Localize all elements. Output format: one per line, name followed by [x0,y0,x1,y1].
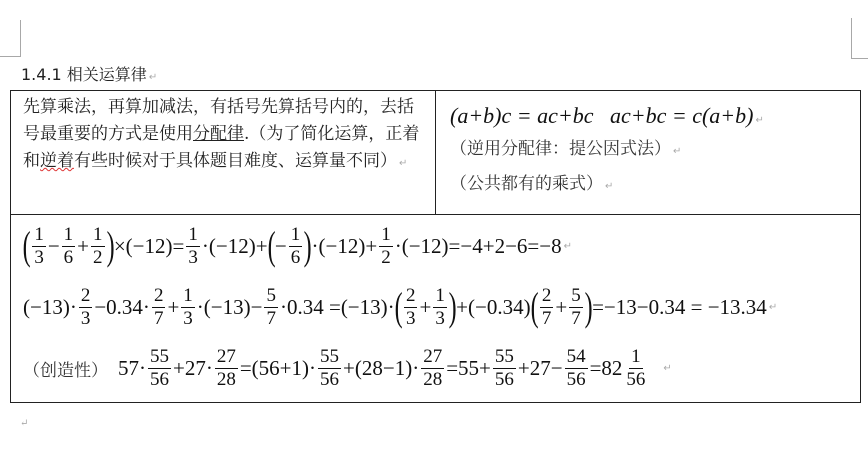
fraction: 5556 [493,346,516,391]
paragraph-mark-icon: ↵ [755,115,763,126]
paren: ) [448,287,456,327]
text: （公共都有的乘式） [450,174,603,194]
page-corner-marker-right [851,18,868,59]
spellcheck-marked-word: 逆着 [40,151,74,171]
paragraph-mark-icon: ↵ [605,181,613,192]
paragraph-mark-icon: ↵ [769,302,777,313]
text: +(28−1)· [343,356,419,381]
text: (−13) [204,295,251,320]
text: (−0.34) [468,295,531,320]
note-common-factor: （公共都有的乘式）↵ [436,168,860,203]
paren: ( [394,287,402,327]
fraction: 5556 [318,346,341,391]
example-row-1: ( 13− 16+ 12 ) ×(−12)= 13 ·(−12)+ (− 16 … [11,215,860,277]
text: (−13) [341,295,388,320]
text: (−13) [23,295,70,320]
section-heading: 1.4.1 相关运算律↵ [21,62,157,85]
fraction: 156 [624,346,647,391]
text: +27− [518,356,563,381]
fraction: 27 [540,285,554,330]
text: （逆用分配律：提公因式法） [450,139,671,159]
rules-table: 先算乘法，再算加减法，有括号先算括号内的，去括号最重要的方式是使用分配律.（为了… [10,90,861,403]
text: +27· [173,356,213,381]
example-row-2: (−13)· 23−0.34· 27+ 13· (−13)− 57·0.34 =… [11,277,860,337]
text: ×(−12)= [114,234,185,259]
paragraph-mark-icon: ↵ [149,72,157,83]
result-text: =−13−0.34 = −13.34 [592,295,767,320]
fraction: 27 [152,285,166,330]
paragraph-mark-icon: ↵ [564,241,572,252]
formula-cell[interactable]: (a+b)c = ac+bc ac+bc = c(a+b)↵ （逆用分配律：提公… [436,91,861,215]
result-text: =82 [590,356,623,381]
fraction: 13 [433,285,447,330]
fraction: 12 [91,224,105,269]
paragraph-mark-icon: ↵ [673,146,681,157]
rule-description-cell[interactable]: 先算乘法，再算加减法，有括号先算括号内的，去括号最重要的方式是使用分配律.（为了… [11,91,436,215]
text: =(56+1)· [240,356,316,381]
fraction: 2728 [421,346,444,391]
underlined-term: 分配律 [193,124,244,144]
fraction: 57 [569,285,583,330]
text: 有些时候对于具体题目难度、运算量不同） [74,151,397,171]
result-text: =−4+2−6=−8 [449,234,562,259]
fraction: 2728 [215,346,238,391]
fraction: 13 [32,224,46,269]
paren: ( [23,226,31,266]
fraction: 13 [186,224,200,269]
rule-description: 先算乘法，再算加减法，有括号先算括号内的，去括号最重要的方式是使用分配律.（为了… [11,91,435,180]
fraction: 16 [62,224,76,269]
page-corner-marker-left [0,20,21,57]
text: =55+ [446,356,491,381]
heading-text: 1.4.1 相关运算律 [21,65,147,84]
fraction: 16 [289,224,303,269]
paren: ) [584,287,592,327]
fraction: 5456 [565,346,588,391]
text: ·(−12) [202,234,256,259]
paren: ( [267,226,275,266]
fraction: 23 [79,285,93,330]
paren: ) [106,226,114,266]
formula-distributive: (a+b)c = ac+bc [450,103,593,128]
creative-label: （创造性） [23,356,108,381]
fraction: 13 [181,285,195,330]
examples-cell[interactable]: ( 13− 16+ 12 ) ×(−12)= 13 ·(−12)+ (− 16 … [11,215,861,403]
paragraph-mark-icon: ↵ [663,363,671,374]
paragraph-mark-icon: ↵ [399,158,407,169]
text: ·(−12) [395,234,449,259]
fraction: 5556 [148,346,171,391]
formula-factoring: ac+bc = c(a+b) [610,103,753,128]
fraction: 12 [379,224,393,269]
paren: ) [304,226,312,266]
text: ·(−12) [312,234,366,259]
distributive-formulas: (a+b)c = ac+bc ac+bc = c(a+b)↵ [436,91,860,133]
note-reverse-distributive: （逆用分配律：提公因式法）↵ [436,133,860,168]
paragraph-mark-icon: ↵ [20,418,28,429]
text: 57· [118,356,146,381]
fraction: 57 [264,285,278,330]
fraction: 23 [404,285,418,330]
example-row-3: （创造性） 57· 5556 +27· 2728 =(56+1)· 5556 +… [11,337,860,399]
paren: ( [530,287,538,327]
